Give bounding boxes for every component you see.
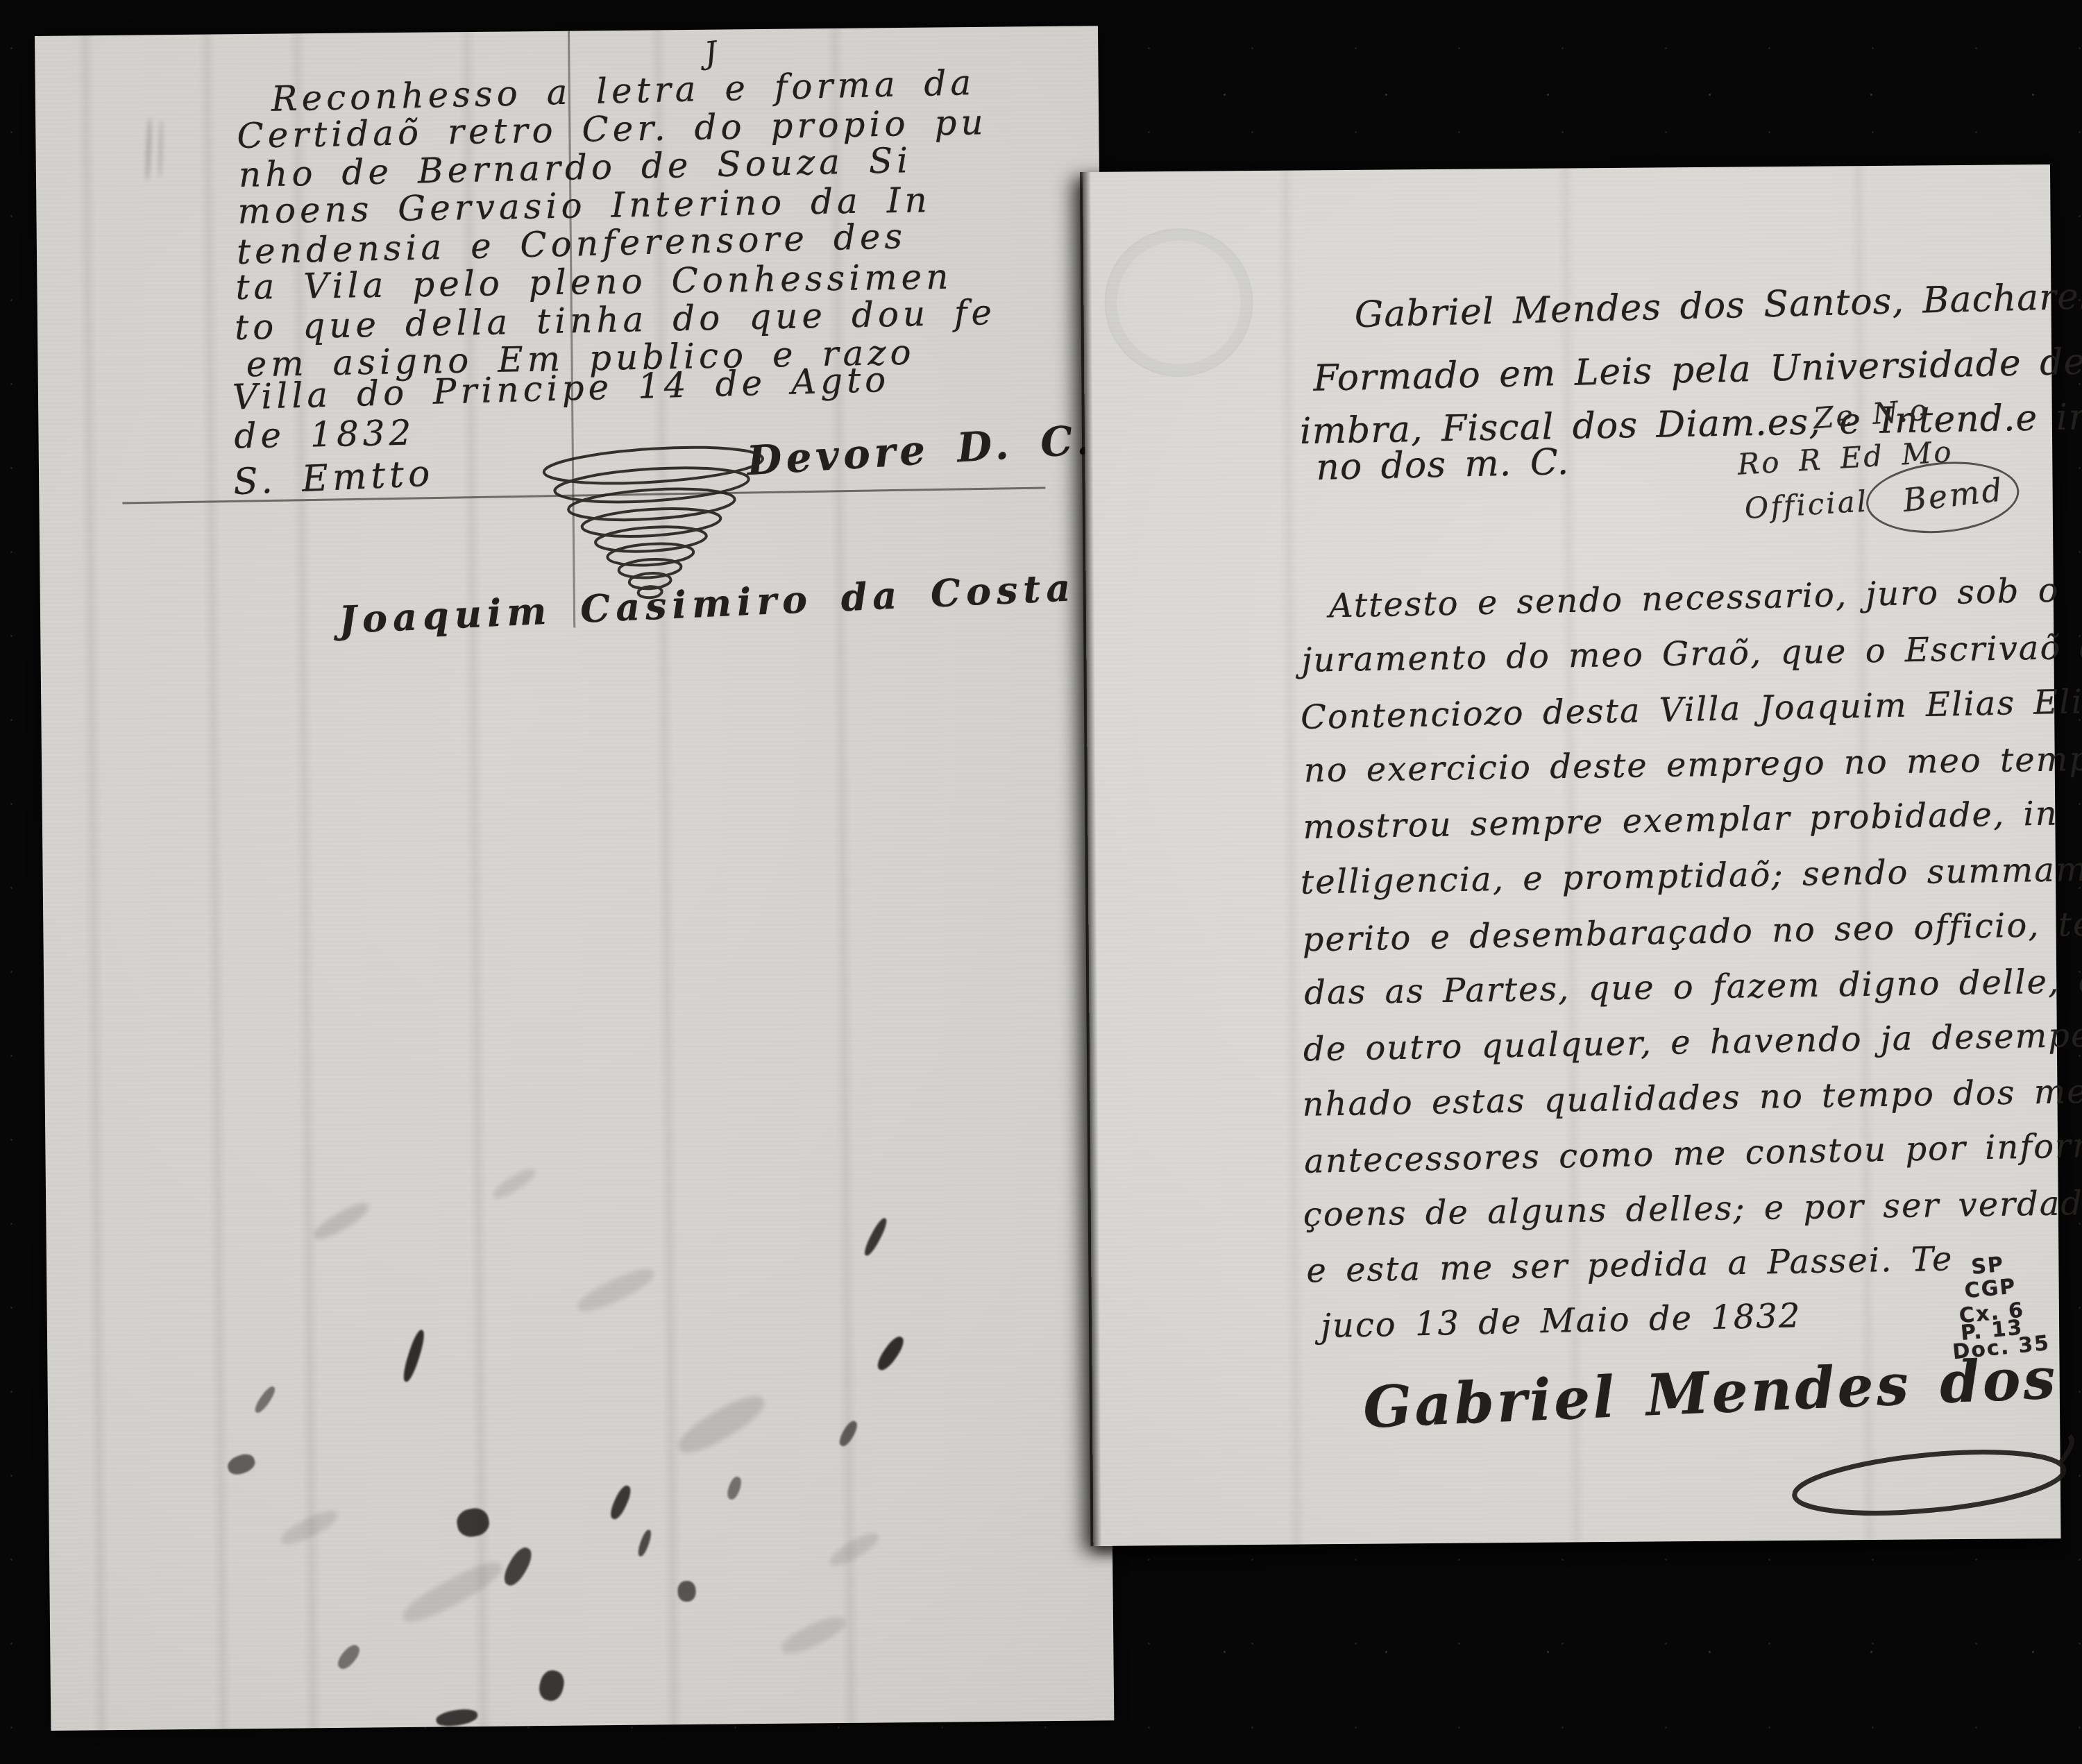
ink-smudge (672, 1388, 770, 1461)
manuscript-year-line: de 1832 (234, 413, 416, 457)
header-line: Formado em Leis pela Universidade de Co (1313, 339, 2082, 399)
ink-smudge (435, 1707, 479, 1729)
clerk-annotation: Official (1743, 484, 1869, 526)
ink-smudge (837, 1418, 861, 1448)
left-document-page: J Reconhesso a letra e forma da Certidaõ… (35, 26, 1114, 1731)
body-line: no exercicio deste emprego no meo tempo (1303, 739, 2082, 790)
body-line: e esta me ser pedida a Passei. Te (1306, 1239, 1954, 1290)
ink-smudge (607, 1484, 634, 1522)
ink-smudge (253, 1384, 278, 1415)
body-line: mostrou sempre exemplar probidade, in (1303, 794, 2058, 847)
ink-smudge (398, 1554, 507, 1629)
ink-smudge (826, 1528, 882, 1570)
ink-smudge (490, 1164, 539, 1203)
paper-creases (35, 26, 1098, 36)
attestation-left-label: S. Emtto (232, 452, 435, 503)
body-line: nhado estas qualidades no tempo dos meos (1302, 1071, 2082, 1124)
body-line: juco 13 de Maio de 1832 (1320, 1296, 1801, 1346)
ink-smudge (677, 1581, 695, 1602)
body-line: juramento do meo Graõ, que o Escrivaõ do (1301, 627, 2082, 680)
right-document-page: Gabriel Mendes dos Santos, Bacharel Form… (1083, 164, 2061, 1546)
ink-smudge (500, 1544, 536, 1589)
attestation-right-label: Devore D. C. (745, 416, 1095, 484)
ink-smudge (310, 1198, 373, 1244)
body-line: Contenciozo desta Villa Joaquim Elias El… (1301, 681, 2082, 737)
ink-smudge (335, 1642, 363, 1672)
ink-smudge (574, 1263, 658, 1318)
body-line: de outro qualquer, e havendo ja desempe (1303, 1016, 2082, 1069)
body-line: çoens de alguns delles; e por ser verdad… (1303, 1183, 2082, 1234)
ink-smudge (636, 1529, 654, 1558)
header-line: imbra, Fiscal dos Diam.es, e Intend.e in… (1299, 395, 2082, 452)
ink-smudge (146, 118, 152, 180)
ink-smudge (862, 1216, 890, 1258)
body-line: Attesto e sendo necessario, juro sob o (1328, 571, 2060, 626)
ink-smudge (400, 1328, 428, 1383)
header-line: no dos m. C. (1316, 441, 1570, 489)
paper-crease-line (198, 34, 232, 1729)
ink-bleedthrough-layer (35, 26, 1098, 36)
paper-crease-line (76, 35, 110, 1730)
ink-smudge (159, 119, 163, 178)
header-line: Gabriel Mendes dos Santos, Bacharel (1354, 275, 2082, 336)
ink-smudge (278, 1506, 341, 1550)
ink-smudge (455, 1506, 491, 1539)
page-top-mark: J (702, 34, 722, 71)
paper-crease-line (1277, 171, 1306, 1545)
ink-smudge (725, 1475, 743, 1501)
ink-smudge (225, 1451, 257, 1477)
body-line: das as Partes, que o fazem digno delle, … (1304, 960, 2082, 1012)
signature-flourish (1779, 1434, 2079, 1534)
paper-creases (1083, 164, 2050, 172)
archive-stamp: SP CGP Cx. 6 P. 13 Doc. 35 (1083, 164, 2050, 172)
body-line: telligencia, e promptidaõ; sendo summam.… (1301, 849, 2082, 902)
body-line: antecessores como me constou por informa (1304, 1126, 2082, 1181)
signature-gabriel-mendes: Gabriel Mendes dos Santos (1362, 1334, 2082, 1441)
body-line: perito e desembaraçado no seo officio, t… (1302, 902, 2082, 959)
scan-background: J Reconhesso a letra e forma da Certidaõ… (0, 0, 2082, 1764)
ink-smudge (778, 1611, 849, 1659)
ink-smudge (874, 1334, 907, 1373)
ink-smudge (536, 1668, 567, 1703)
embossed-seal (1104, 228, 1254, 378)
